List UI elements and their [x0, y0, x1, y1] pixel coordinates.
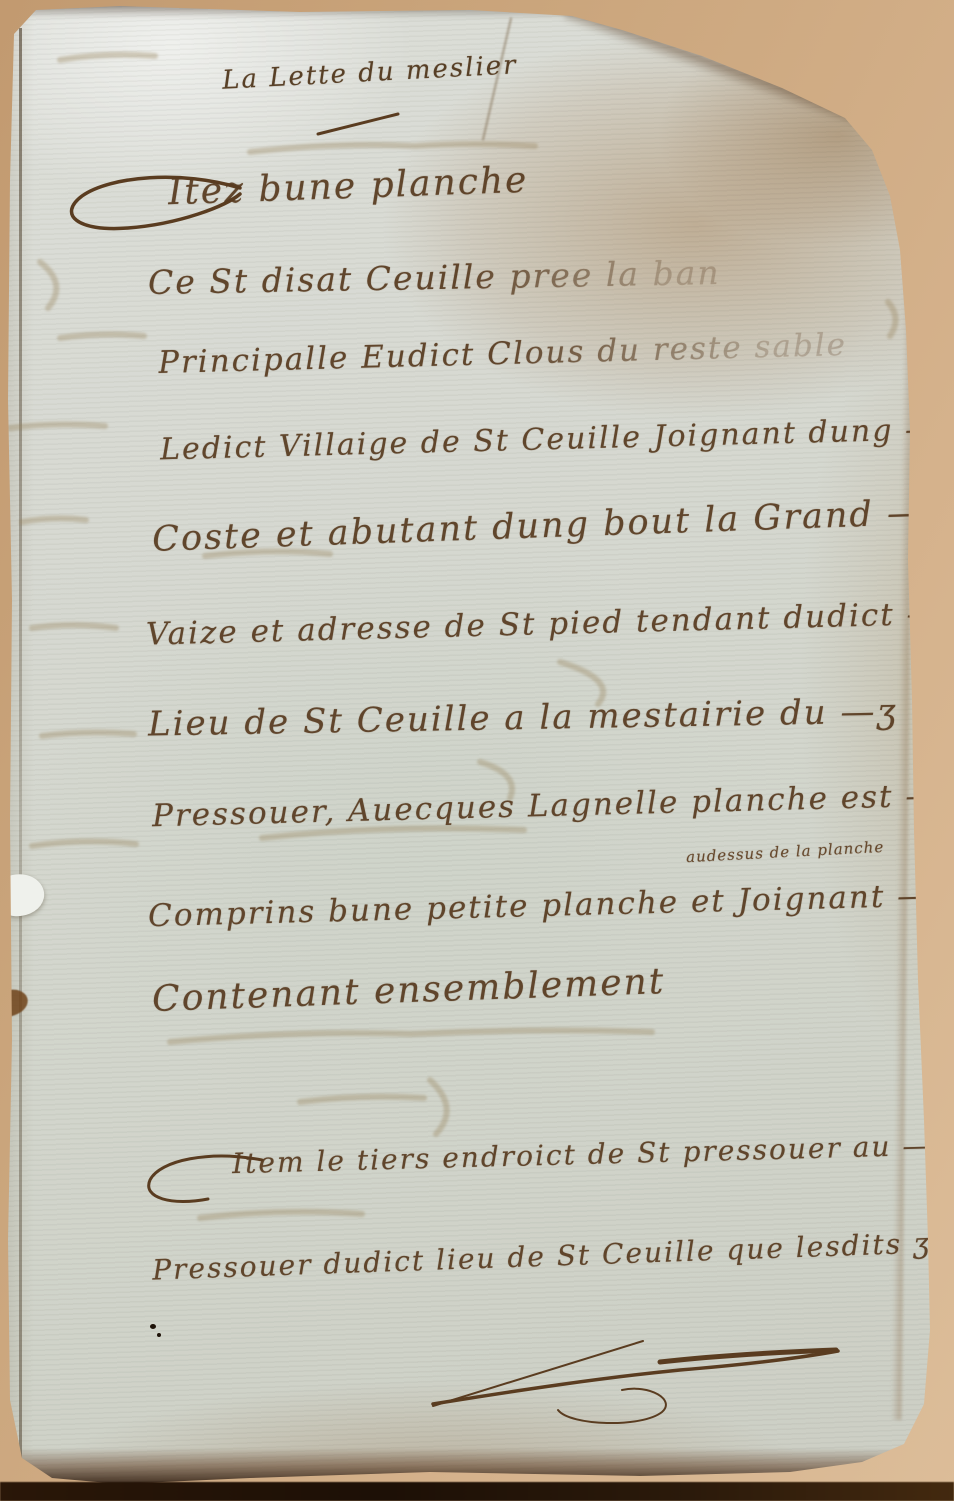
manuscript-line: Principalle Eudict Clous du reste sable: [158, 327, 848, 381]
manuscript-line: Pressouer, Auecques Lagnelle planche est…: [152, 778, 939, 835]
manuscript-text-layer: La Lette du meslier Itez bune planche Ce…: [0, 0, 954, 1501]
page-title: La Lette du meslier: [221, 50, 518, 95]
manuscript-line: Itez bune planche: [167, 160, 529, 214]
manuscript-line: Lieu de St Ceuille a la mestairie du —ʒ: [148, 691, 898, 744]
manuscript-line: Ledict Villaige de St Ceuille Joignant d…: [160, 412, 954, 468]
book-edge-shadow: [0, 1482, 954, 1501]
paper-page: La Lette du meslier Itez bune planche Ce…: [0, 0, 954, 1501]
manuscript-line: Vaize et adresse de St pied tendant dudi…: [146, 595, 954, 652]
marginal-note: audessus de la planche: [686, 838, 885, 866]
manuscript-line: Comprins bune petite planche et Joignant…: [148, 878, 931, 934]
manuscript-line: Item le tiers endroict de St pressouer a…: [232, 1129, 933, 1180]
manuscript-line: Coste et abutant dung bout la Grand —ʒ: [152, 492, 947, 560]
manuscript-line: Ce St disat Ceuille pree la ban: [148, 253, 721, 302]
manuscript-photo: La Lette du meslier Itez bune planche Ce…: [0, 0, 954, 1501]
manuscript-line: Pressouer dudict lieu de St Ceuille que …: [152, 1226, 932, 1286]
manuscript-line: Contenant ensemblement: [151, 961, 665, 1020]
